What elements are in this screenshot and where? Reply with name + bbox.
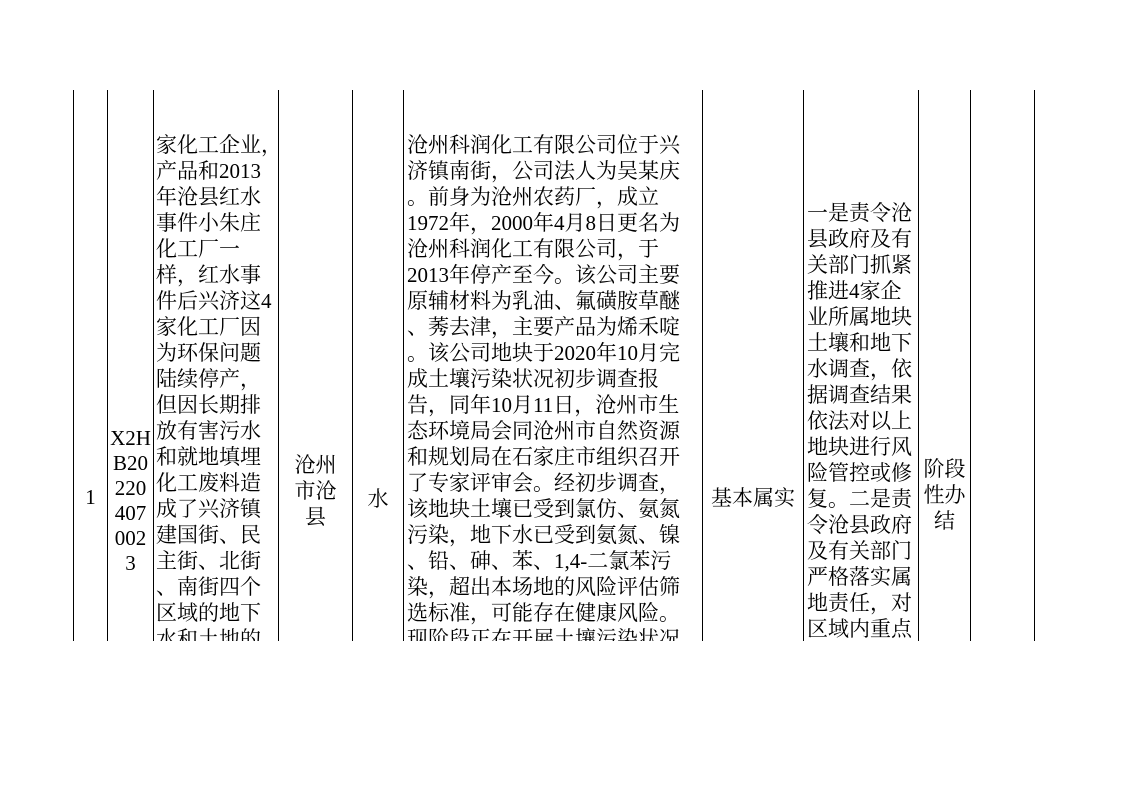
cell-status: 阶段 性办 结	[918, 90, 970, 641]
table-row: 1 X2H B20 220 407 002 3 家化工企业， 产品和2013 年…	[73, 90, 1035, 641]
cell-measures: 一是责令沧 县政府及有 关部门抓紧 推进4家企 业所属地块 土壤和地下 水调查，…	[803, 90, 918, 641]
cell-problem-summary: 家化工企业， 产品和2013 年沧县红水 事件小朱庄 化工厂一 样，红水事 件后…	[153, 90, 278, 641]
verified-text: 基本属实	[703, 485, 803, 511]
measures-text: 一是责令沧 县政府及有 关部门抓紧 推进4家企 业所属地块 土壤和地下 水调查，…	[804, 200, 918, 641]
cell-case-id: X2H B20 220 407 002 3	[107, 90, 153, 641]
cell-region: 沧州 市沧 县	[278, 90, 352, 641]
status-text: 阶段 性办 结	[919, 456, 970, 534]
document-page: 1 X2H B20 220 407 002 3 家化工企业， 产品和2013 年…	[0, 0, 1122, 793]
problem-summary-text: 家化工企业， 产品和2013 年沧县红水 事件小朱庄 化工厂一 样，红水事 件后…	[154, 132, 278, 641]
region-text: 沧州 市沧 县	[279, 452, 352, 530]
case-id: X2H B20 220 407 002 3	[108, 426, 153, 576]
cell-verified: 基本属实	[702, 90, 803, 641]
investigation-text: 沧州科润化工有限公司位于兴 济镇南街，公司法人为吴某庆 。前身为沧州农药厂，成立…	[404, 132, 702, 641]
sequence-number: 1	[74, 484, 107, 510]
cell-empty	[970, 90, 1035, 641]
cell-pollution-type: 水	[352, 90, 403, 641]
cell-investigation: 沧州科润化工有限公司位于兴 济镇南街，公司法人为吴某庆 。前身为沧州农药厂，成立…	[403, 90, 702, 641]
cell-sequence-number: 1	[73, 90, 107, 641]
pollution-type-text: 水	[353, 486, 403, 512]
